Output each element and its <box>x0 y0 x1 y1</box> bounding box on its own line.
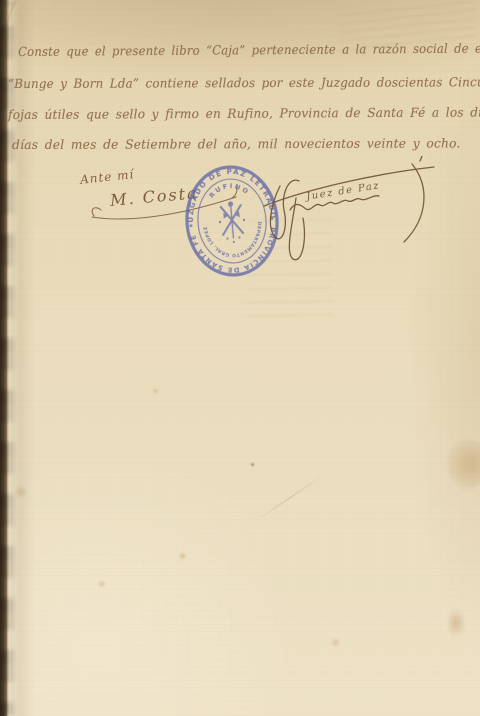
paper-scratch <box>253 474 325 523</box>
paper-stain <box>178 552 187 560</box>
judge-signature <box>262 156 440 274</box>
paper-stain <box>98 580 106 588</box>
seal-coat-of-arms <box>217 200 247 244</box>
scanned-document-page: Conste que el presente libro “Caja” pert… <box>0 0 480 716</box>
svg-text:★: ★ <box>188 222 194 229</box>
manuscript-line: días del mes de Setiembre del año, mil n… <box>12 135 461 152</box>
manuscript-line: fojas útiles que sello y firmo en Rufino… <box>8 104 480 122</box>
paper-stain <box>446 608 466 638</box>
svg-text:DEPARTAMENTO GRAL. LOPEZ: DEPARTAMENTO GRAL. LOPEZ <box>202 221 265 261</box>
paper-stain <box>14 486 28 498</box>
seal-inner-bottom-text: DEPARTAMENTO GRAL. LOPEZ <box>202 221 265 261</box>
manuscript-line: Conste que el presente libro “Caja” pert… <box>18 40 480 59</box>
paper-stain <box>152 388 159 394</box>
manuscript-line: “Bunge y Born Lda” contiene sellados por… <box>8 74 480 91</box>
ink-speck <box>250 462 255 467</box>
paper-stain <box>330 638 341 647</box>
paper-stain <box>446 438 480 490</box>
